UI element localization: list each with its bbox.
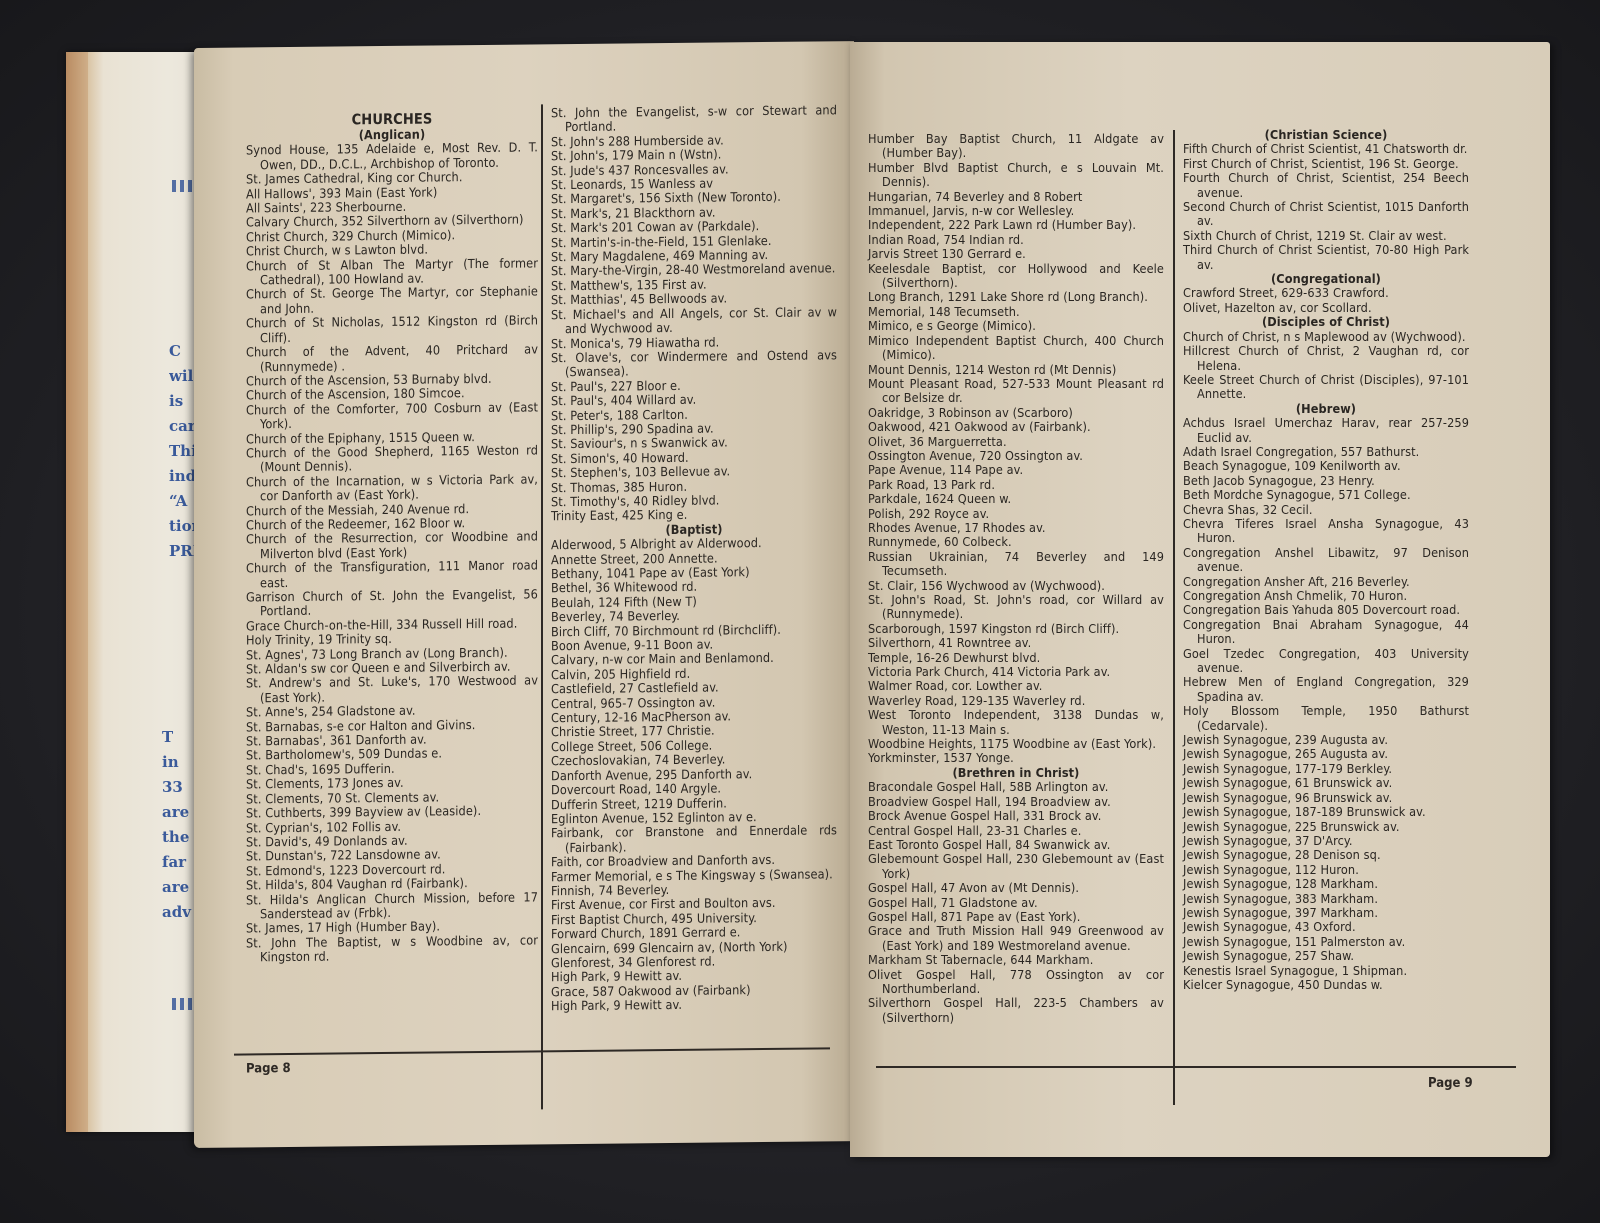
church-listing-entry: Congregation Ansher Aft, 216 Beverley.	[1183, 575, 1469, 589]
church-listing-entry: Park Road, 13 Park rd.	[868, 478, 1164, 492]
right-page-column-2: (Christian Science)Fifth Church of Chris…	[1183, 128, 1469, 992]
church-listing-entry: Brock Avenue Gospel Hall, 331 Brock av.	[868, 809, 1164, 823]
church-listing-entry: Jewish Synagogue, 177-179 Berkley.	[1183, 762, 1469, 776]
church-listing-entry: Gospel Hall, 47 Avon av (Mt Dennis).	[868, 881, 1164, 895]
church-listing-entry: Jewish Synagogue, 187-189 Brunswick av.	[1183, 805, 1469, 819]
church-listing-entry: Mimico, e s George (Mimico).	[868, 319, 1164, 333]
church-listing-entry: Silverthorn Gospel Hall, 223-5 Chambers …	[868, 996, 1164, 1025]
church-listing-entry: Third Church of Christ Scientist, 70-80 …	[1183, 243, 1469, 272]
church-listing-entry: Long Branch, 1291 Lake Shore rd (Long Br…	[868, 290, 1164, 304]
checker-ornament-icon	[172, 998, 194, 1010]
church-listing-entry: Hungarian, 74 Beverley and 8 Robert	[868, 190, 1164, 204]
church-listing-entry: Church of the Resurrection, cor Woodbine…	[246, 530, 538, 562]
church-listing-entry: Jarvis Street 130 Gerrard e.	[868, 247, 1164, 261]
church-listing-entry: Jewish Synagogue, 397 Markham.	[1183, 906, 1469, 920]
church-listing-entry: Rhodes Avenue, 17 Rhodes av.	[868, 521, 1164, 535]
church-listing-entry: Runnymede, 60 Colbeck.	[868, 535, 1164, 549]
church-listing-entry: Mimico Independent Baptist Church, 400 C…	[868, 334, 1164, 363]
church-listing-entry: Jewish Synagogue, 61 Brunswick av.	[1183, 776, 1469, 790]
church-listing-entry: Jewish Synagogue, 43 Oxford.	[1183, 920, 1469, 934]
denomination-heading: (Hebrew)	[1183, 402, 1469, 416]
church-listing-entry: Broadview Gospel Hall, 194 Broadview av.	[868, 795, 1164, 809]
church-listing-entry: St. Olave's, cor Windermere and Ostend a…	[551, 348, 837, 380]
church-listing-entry: Jewish Synagogue, 128 Markham.	[1183, 877, 1469, 891]
church-listing-entry: Jewish Synagogue, 112 Huron.	[1183, 863, 1469, 877]
church-listing-entry: Silverthorn, 41 Rowntree av.	[868, 636, 1164, 650]
church-listing-entry: Holy Blossom Temple, 1950 Bathurst (Ceda…	[1183, 704, 1469, 733]
left-page: CHURCHES (Anglican)Synod House, 135 Adel…	[194, 41, 854, 1148]
church-listing-entry: St. John the Evangelist, s-w cor Stewart…	[551, 103, 837, 135]
church-listing-entry: Farmer Memorial, e s The Kingsway s (Swa…	[551, 867, 837, 884]
church-listing-entry: Congregation Ansh Chmelik, 70 Huron.	[1183, 589, 1469, 603]
church-listing-entry: Church of the Transfiguration, 111 Manor…	[246, 559, 538, 591]
church-listing-entry: Jewish Synagogue, 239 Augusta av.	[1183, 733, 1469, 747]
church-listing-entry: Jewish Synagogue, 225 Brunswick av.	[1183, 820, 1469, 834]
church-listing-entry: Beth Mordche Synagogue, 571 College.	[1183, 488, 1469, 502]
column-divider	[541, 104, 543, 1109]
church-listing-entry: Beth Jacob Synagogue, 23 Henry.	[1183, 474, 1469, 488]
church-listing-entry: First Church of Christ, Scientist, 196 S…	[1183, 157, 1469, 171]
church-listing-entry: Olivet Gospel Hall, 778 Ossington av cor…	[868, 968, 1164, 997]
column-divider	[1173, 130, 1175, 1105]
church-listing-entry: Congregation Bnai Abraham Synagogue, 44 …	[1183, 618, 1469, 647]
church-listing-entry: Church of St Alban The Martyr (The forme…	[246, 256, 538, 288]
church-listing-entry: Keele Street Church of Christ (Disciples…	[1183, 373, 1469, 402]
church-listing-entry: Hillcrest Church of Christ, 2 Vaughan rd…	[1183, 344, 1469, 373]
page-number: Page 8	[246, 1061, 291, 1076]
church-listing-entry: St. John The Baptist, w s Woodbine av, c…	[246, 933, 538, 965]
church-listing-entry: Immanuel, Jarvis, n-w cor Wellesley.	[868, 204, 1164, 218]
church-listing-entry: Ossington Avenue, 720 Ossington av.	[868, 449, 1164, 463]
denomination-heading: (Congregational)	[1183, 272, 1469, 286]
church-listing-entry: Kielcer Synagogue, 450 Dundas w.	[1183, 978, 1469, 992]
church-listing-entry: Gospel Hall, 71 Gladstone av.	[868, 896, 1164, 910]
denomination-heading: (Disciples of Christ)	[1183, 315, 1469, 329]
page-footer-rule	[876, 1066, 1516, 1068]
church-listing-entry: Chevra Tiferes Israel Ansha Synagogue, 4…	[1183, 517, 1469, 546]
church-listing-entry: Church of St Nicholas, 1512 Kingston rd …	[246, 314, 538, 346]
church-listing-entry: Jewish Synagogue, 151 Palmerston av.	[1183, 935, 1469, 949]
church-listing-entry: Oakridge, 3 Robinson av (Scarboro)	[868, 406, 1164, 420]
church-listing-entry: Victoria Park Church, 414 Victoria Park …	[868, 665, 1164, 679]
cover-spine-strip	[66, 52, 88, 1132]
church-listing-entry: Mount Pleasant Road, 527-533 Mount Pleas…	[868, 377, 1164, 406]
church-listing-entry: Congregation Bais Yahuda 805 Dovercourt …	[1183, 603, 1469, 617]
page-footer-rule	[234, 1047, 830, 1055]
church-listing-entry: St. Hilda's Anglican Church Mission, bef…	[246, 890, 538, 922]
church-listing-entry: Beach Synagogue, 109 Kenilworth av.	[1183, 459, 1469, 473]
page-number: Page 9	[1428, 1076, 1473, 1091]
church-listing-entry: Indian Road, 754 Indian rd.	[868, 233, 1164, 247]
church-listing-entry: Bracondale Gospel Hall, 58B Arlington av…	[868, 780, 1164, 794]
church-listing-entry: Congregation Anshel Libawitz, 97 Denison…	[1183, 546, 1469, 575]
right-page-column-1: Humber Bay Baptist Church, 11 Aldgate av…	[868, 132, 1164, 1025]
church-listing-entry: Jewish Synagogue, 257 Shaw.	[1183, 949, 1469, 963]
church-listing-entry: Parkdale, 1624 Queen w.	[868, 492, 1164, 506]
church-listing-entry: Oakwood, 421 Oakwood av (Fairbank).	[868, 420, 1164, 434]
church-listing-entry: Fourth Church of Christ, Scientist, 254 …	[1183, 171, 1469, 200]
church-listing-entry: Humber Blvd Baptist Church, e s Louvain …	[868, 161, 1164, 190]
left-page-column-2: St. John the Evangelist, s-w cor Stewart…	[551, 103, 837, 1014]
church-listing-entry: Olivet, Hazelton av, cor Scollard.	[1183, 301, 1469, 315]
church-listing-entry: Olivet, 36 Marguerretta.	[868, 435, 1164, 449]
church-listing-entry: Church of St. George The Martyr, cor Ste…	[246, 285, 538, 317]
church-listing-entry: Synod House, 135 Adelaide e, Most Rev. D…	[246, 141, 538, 173]
church-listing-entry: East Toronto Gospel Hall, 84 Swanwick av…	[868, 838, 1164, 852]
church-listing-entry: Second Church of Christ Scientist, 1015 …	[1183, 200, 1469, 229]
right-page: Humber Bay Baptist Church, 11 Aldgate av…	[850, 42, 1550, 1157]
church-listing-entry: Jewish Synagogue, 28 Denison sq.	[1183, 848, 1469, 862]
church-listing-entry: Goel Tzedec Congregation, 403 University…	[1183, 647, 1469, 676]
church-listing-entry: Grace and Truth Mission Hall 949 Greenwo…	[868, 924, 1164, 953]
church-listing-entry: St. Andrew's and St. Luke's, 170 Westwoo…	[246, 674, 538, 706]
church-listing-entry: Garrison Church of St. John the Evangeli…	[246, 587, 538, 619]
church-listing-entry: Fifth Church of Christ Scientist, 41 Cha…	[1183, 142, 1469, 156]
church-listing-entry: High Park, 9 Hewitt av.	[551, 996, 837, 1013]
church-listing-entry: Walmer Road, cor. Lowther av.	[868, 679, 1164, 693]
denomination-heading: (Brethren in Christ)	[868, 766, 1164, 780]
church-listing-entry: Chevra Shas, 32 Cecil.	[1183, 503, 1469, 517]
church-listing-entry: Achdus Israel Umerchaz Harav, rear 257-2…	[1183, 416, 1469, 445]
church-listing-entry: Hebrew Men of England Congregation, 329 …	[1183, 675, 1469, 704]
church-listing-entry: Mount Dennis, 1214 Weston rd (Mt Dennis)	[868, 363, 1164, 377]
church-listing-entry: Church of the Incarnation, w s Victoria …	[246, 472, 538, 504]
left-page-column-1: CHURCHES (Anglican)Synod House, 135 Adel…	[246, 110, 538, 965]
church-listing-entry: Kenestis Israel Synagogue, 1 Shipman.	[1183, 964, 1469, 978]
checker-ornament-icon	[172, 180, 194, 192]
church-listing-entry: Scarborough, 1597 Kingston rd (Birch Cli…	[868, 622, 1164, 636]
church-listing-entry: Glebemount Gospel Hall, 230 Glebemount a…	[868, 852, 1164, 881]
church-listing-entry: Gospel Hall, 871 Pape av (East York).	[868, 910, 1164, 924]
church-listing-entry: Pape Avenue, 114 Pape av.	[868, 463, 1164, 477]
church-listing-entry: Adath Israel Congregation, 557 Bathurst.	[1183, 445, 1469, 459]
church-listing-entry: Jewish Synagogue, 265 Augusta av.	[1183, 747, 1469, 761]
church-listing-entry: Jewish Synagogue, 37 D'Arcy.	[1183, 834, 1469, 848]
church-listing-entry: Russian Ukrainian, 74 Beverley and 149 T…	[868, 550, 1164, 579]
denomination-heading: (Christian Science)	[1183, 128, 1469, 142]
church-listing-entry: Humber Bay Baptist Church, 11 Aldgate av…	[868, 132, 1164, 161]
church-listing-entry: Temple, 16-26 Dewhurst blvd.	[868, 651, 1164, 665]
church-listing-entry: Church of the Good Shepherd, 1165 Weston…	[246, 443, 538, 475]
church-listing-entry: Independent, 222 Park Lawn rd (Humber Ba…	[868, 218, 1164, 232]
church-listing-entry: West Toronto Independent, 3138 Dundas w,…	[868, 708, 1164, 737]
church-listing-entry: Memorial, 148 Tecumseth.	[868, 305, 1164, 319]
church-listing-entry: Polish, 292 Royce av.	[868, 507, 1164, 521]
church-listing-entry: Fairbank, cor Branstone and Ennerdale rd…	[551, 824, 837, 856]
church-listing-entry: Woodbine Heights, 1175 Woodbine av (East…	[868, 737, 1164, 751]
church-listing-entry: Waverley Road, 129-135 Waverley rd.	[868, 694, 1164, 708]
church-listing-entry: Central Gospel Hall, 23-31 Charles e.	[868, 824, 1164, 838]
church-listing-entry: Church of the Advent, 40 Pritchard av (R…	[246, 342, 538, 374]
church-listing-entry: Jewish Synagogue, 96 Brunswick av.	[1183, 791, 1469, 805]
church-listing-entry: Church of Christ, n s Maplewood av (Wych…	[1183, 330, 1469, 344]
church-listing-entry: St. Clair, 156 Wychwood av (Wychwood).	[868, 579, 1164, 593]
church-listing-entry: Crawford Street, 629-633 Crawford.	[1183, 286, 1469, 300]
church-listing-entry: Jewish Synagogue, 383 Markham.	[1183, 892, 1469, 906]
church-listing-entry: Keelesdale Baptist, cor Hollywood and Ke…	[868, 262, 1164, 291]
church-listing-entry: Sixth Church of Christ, 1219 St. Clair a…	[1183, 229, 1469, 243]
church-listing-entry: Church of the Comforter, 700 Cosburn av …	[246, 400, 538, 432]
church-listing-entry: Markham St Tabernacle, 644 Markham.	[868, 953, 1164, 967]
church-listing-entry: St. John's Road, St. John's road, cor Wi…	[868, 593, 1164, 622]
church-listing-entry: St. Michael's and All Angels, cor St. Cl…	[551, 305, 837, 337]
church-listing-entry: Yorkminster, 1537 Yonge.	[868, 751, 1164, 765]
